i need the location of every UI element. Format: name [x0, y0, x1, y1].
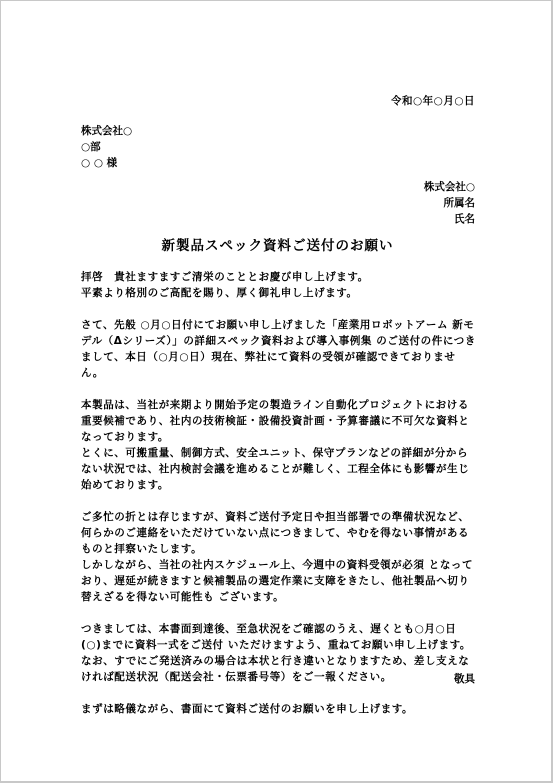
- paragraph-line: 平素より格別のご高配を賜り、厚く御礼申し上げます。: [81, 285, 476, 301]
- paragraph-importance: 本製品は、当社が来期より開始予定の製造ライン自動化プロジェクトにおける重要候補で…: [81, 397, 476, 493]
- paragraph-line: しかしながら、当社の社内スケジュール上、今週中の資料受領が必須 となっており、遅…: [81, 557, 476, 605]
- paragraph-closing-remark: まずは略儀ながら、書面にて資料ご送付のお願いを申し上げます。: [81, 701, 476, 717]
- recipient-name: ○ ○ 様: [81, 155, 132, 171]
- paragraph-line: さて、先般 ○月○日付にてお願い申し上げました「産業用ロボットアーム 新モデル（…: [81, 317, 476, 381]
- sender-department: 所属名: [301, 195, 475, 211]
- sender-company: 株式会社○: [301, 179, 475, 195]
- document-page: 令和○年○月○日 株式会社○ ○部 ○ ○ 様 株式会社○ 所属名 氏名 新製品…: [0, 0, 553, 783]
- paragraph-line: つきましては、本書面到達後、至急状況をご確認のうえ、遅くとも○月○日(○)までに…: [81, 621, 476, 653]
- letter-title: 新製品スペック資料ご送付のお願い: [1, 238, 553, 254]
- letter-body: 拝啓 貴社ますますご清栄のこととお慶び申し上げます。 平素より格別のご高配を賜り…: [81, 269, 476, 733]
- closing-word: 敬具: [301, 671, 475, 687]
- paragraph-line: 本製品は、当社が来期より開始予定の製造ライン自動化プロジェクトにおける重要候補で…: [81, 397, 476, 445]
- letter-date: 令和○年○月○日: [301, 93, 475, 109]
- recipient-company: 株式会社○: [81, 123, 132, 139]
- paragraph-line: 拝啓 貴社ますますご清栄のこととお慶び申し上げます。: [81, 269, 476, 285]
- paragraph-greeting: 拝啓 貴社ますますご清栄のこととお慶び申し上げます。 平素より格別のご高配を賜り…: [81, 269, 476, 301]
- paragraph-request-reference: さて、先般 ○月○日付にてお願い申し上げました「産業用ロボットアーム 新モデル（…: [81, 317, 476, 381]
- paragraph-line: ご多忙の折とは存じますが、資料ご送付予定日や担当部署での準備状況など、何らかのご…: [81, 509, 476, 557]
- paragraph-urgency: ご多忙の折とは存じますが、資料ご送付予定日や担当部署での準備状況など、何らかのご…: [81, 509, 476, 605]
- paragraph-line: とくに、可搬重量、制御方式、安全ユニット、保守プランなどの詳細が分からない状況で…: [81, 445, 476, 493]
- paragraph-line: まずは略儀ながら、書面にて資料ご送付のお願いを申し上げます。: [81, 701, 476, 717]
- sender-block: 株式会社○ 所属名 氏名: [301, 179, 475, 227]
- recipient-department: ○部: [81, 139, 132, 155]
- sender-name: 氏名: [301, 211, 475, 227]
- recipient-block: 株式会社○ ○部 ○ ○ 様: [81, 123, 132, 171]
